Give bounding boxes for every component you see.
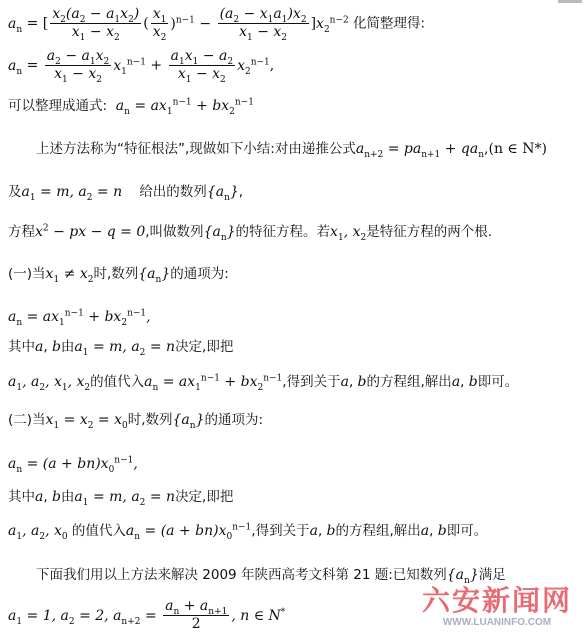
text-equation: 方程 [8,224,35,240]
text-by-2: 由 [61,489,75,505]
text-n-in-N: ,(n ∈ N*) [484,141,547,157]
text-satisfies: 满足 [479,567,506,583]
problem-formula: a1 = 1, a2 = 2, an+2 = an + an+12, n ∈ N… [8,598,285,633]
text-where: 其中 [8,339,35,355]
text-and: 及 [8,184,22,200]
text-where-2: 其中 [8,489,35,505]
text-general-term-2: 的通项为: [205,412,264,428]
text-substitute: 的值代入 [90,374,144,390]
problem-intro: 下面我们用以上方法来解决 2009 年陕西高考文科第 21 题:已知数列{an}… [36,565,506,585]
watermark-url: WWW.LUANINFO.COM [422,617,572,629]
watermark-title: 六安新闻网 [422,585,572,617]
text-given-seq: 给出的数列 [139,184,207,200]
case2-formula: an = (a + bn)x0n−1, [8,454,138,474]
text-when-seq: 时,数列 [93,266,138,282]
text-get-about-2: ,得到关于 [251,523,309,539]
text-below: 下面我们用以上方法来解决 2009 年陕西高考文科第 21 题:已知数列 [36,567,447,583]
text-two-roots: 是特征方程的两个根. [366,224,492,240]
case1-heading: (一)当x1 ≠ x2时,数列{an}的通项为: [8,264,229,284]
case2-substitute: a1, a2, x0 的值代入an = (a + bn)x0n−1,得到关于a,… [8,521,487,541]
case1-formula: an = ax1n−1 + bx2n−1, [8,307,151,327]
top-edge-mark [558,0,582,3]
text-summary: 上述方法称为“特征根法”,现做如下小结:对由递推公式 [36,141,356,157]
char-equation-line: 方程x2 − px − q = 0,叫做数列{an}的特征方程。若x1, x2是… [8,222,492,242]
text-decided-2: 决定,即把 [175,489,233,505]
text-case2: (二)当 [8,412,46,428]
case2-heading: (二)当x1 = x2 = x0时,数列{an}的通项为: [8,410,263,430]
formula-line-1: an = [x2(a2 − a1x2)x1 − x2(x1x2)n−1 − (a… [8,6,425,41]
text-char-eq: 的特征方程。若 [236,224,331,240]
text-general-term: 的通项为: [170,266,229,282]
text-substitute-2: 的值代入 [72,523,126,539]
formula-line-2: an = a2 − a1x2x1 − x2x1n−1 + a1x1 − a2x1… [8,48,274,83]
text-eq-system-2: 的方程组,解出 [336,523,421,539]
initial-values-line: 及a1 = m, a2 = n 给出的数列{an}, [8,182,243,202]
watermark: 六安新闻网 WWW.LUANINFO.COM [422,585,572,629]
text-simplify: 化简整理得: [353,16,425,32]
case1-substitute: a1, a2, x1, x2的值代入an = ax1n−1 + bx2n−1,得… [8,372,518,392]
text-done: 即可。 [478,374,519,390]
text-comma: , [239,184,243,200]
case2-where: 其中a, b由a1 = m, a2 = n决定,即把 [8,487,233,507]
text-general-form: 可以整理成通式: [8,98,107,114]
text-by: 由 [61,339,75,355]
text-done-2: 即可。 [447,523,488,539]
text-called: ,叫做数列 [145,224,203,240]
case1-where: 其中a, b由a1 = m, a2 = n决定,即把 [8,337,233,357]
summary-line: 上述方法称为“特征根法”,现做如下小结:对由递推公式an+2 = pan+1 +… [36,139,547,159]
text-get-about: ,得到关于 [282,374,340,390]
text-case1: (一)当 [8,266,46,282]
text-decided: 决定,即把 [175,339,233,355]
general-form-line: 可以整理成通式: an = ax1n−1 + bx2n−1 [8,96,254,116]
text-when-seq-2: 时,数列 [128,412,173,428]
text-eq-system: 的方程组,解出 [367,374,452,390]
